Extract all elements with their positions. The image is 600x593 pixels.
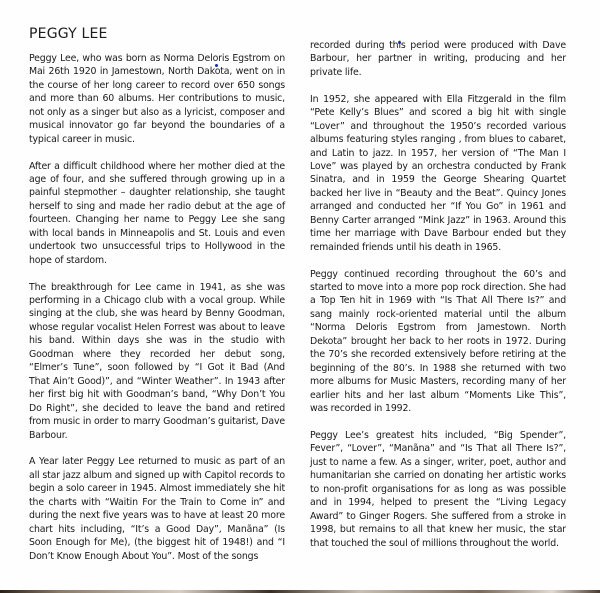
booklet-page: PEGGY LEE Peggy Lee, who was born as Nor… — [0, 0, 600, 593]
page-title: PEGGY LEE — [29, 26, 108, 42]
paragraph: recorded during this period were produce… — [310, 39, 566, 79]
left-column: Peggy Lee, who was born as Norma Deloris… — [29, 52, 285, 576]
paragraph: Peggy Lee’s greatest hits included, “Big… — [310, 429, 566, 550]
paragraph: The breakthrough for Lee came in 1941, a… — [29, 281, 285, 442]
paragraph: After a difficult childhood where her mo… — [29, 160, 285, 268]
ink-speck — [398, 41, 401, 44]
paragraph: A Year later Peggy Lee returned to music… — [29, 455, 285, 563]
right-column: recorded during this period were produce… — [310, 39, 566, 563]
paragraph: In 1952, she appeared with Ella Fitzgera… — [310, 93, 566, 254]
paragraph: Peggy Lee, who was born as Norma Deloris… — [29, 52, 285, 146]
ink-speck — [215, 64, 218, 67]
paragraph: Peggy continued recording throughout the… — [310, 268, 566, 416]
